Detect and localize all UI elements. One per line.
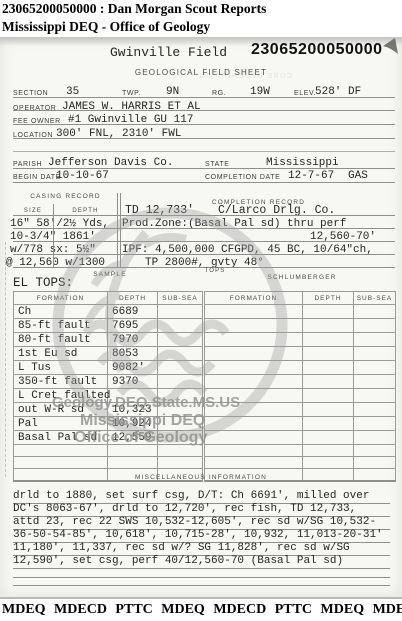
formation-cell: Pal <box>14 417 108 431</box>
rule-line <box>13 182 395 183</box>
tops-label: TOPS <box>190 268 240 274</box>
rg-label: RG. <box>212 90 226 97</box>
rule-line <box>13 577 390 578</box>
rule-line <box>13 110 395 111</box>
misc-line: drld to 1880, set surf csg, D/T: Ch 6691… <box>13 490 390 504</box>
formations-header-row: FORMATION DEPTH SUB-SEA FORMATION DEPTH … <box>14 292 396 305</box>
depth-cell: 7970 <box>108 333 158 347</box>
depth-cell: 10,924 <box>108 417 158 431</box>
misc-line: attd 23, rec 22 SWS 10,532-12,605', rec … <box>13 516 390 530</box>
depth-cell: 7695 <box>108 319 158 333</box>
formation-cell: L Tus <box>14 361 108 375</box>
col-subsea: SUB-SEA <box>158 292 204 305</box>
size-depth-divider <box>53 204 54 267</box>
sheet-title: GEOLOGICAL FIELD SHEET <box>0 68 402 77</box>
twp-label: TWP. <box>122 90 141 97</box>
rule-line <box>13 138 395 139</box>
depth-cell: 6689 <box>108 305 158 319</box>
casing-size-col: SIZE <box>13 208 53 214</box>
field-name: Gwinville Field <box>110 45 227 60</box>
formation-cell: Ch <box>14 305 108 319</box>
rule-line <box>13 97 395 98</box>
formation-cell: 350-ft fault <box>14 375 108 389</box>
casing-record-title: CASING RECORD <box>13 193 118 200</box>
formation-cell: L Cret faulted <box>14 389 108 403</box>
formation-cell: 85-ft fault <box>14 319 108 333</box>
rule-line <box>13 228 395 229</box>
table-row: Basal Pal sd12,559 <box>14 431 396 445</box>
formation-cell: 80-ft fault <box>14 333 108 347</box>
depth-cell <box>108 389 158 403</box>
formations-table: FORMATION DEPTH SUB-SEA FORMATION DEPTH … <box>13 291 396 482</box>
formation-cell: out W-R sd <box>14 403 108 417</box>
depth-cell: 8053 <box>108 347 158 361</box>
table-row-empty <box>14 457 396 469</box>
panel-divider <box>117 193 118 267</box>
elev-label: ELEV. <box>294 90 316 97</box>
rule-line <box>13 254 395 255</box>
misc-line: 11,180', 11,337, rec sd w/? SG 11,828', … <box>13 542 390 556</box>
table-row: L Cret faulted <box>14 389 396 403</box>
state-label: STATE <box>205 161 230 168</box>
table-row: 85-ft fault7695 <box>14 319 396 333</box>
rule-line <box>13 585 390 586</box>
misc-line: 12,590', set csg, perf 40/12,560-70 (Bas… <box>13 555 390 569</box>
depth-cell: 10,323 <box>108 403 158 417</box>
misc-title: MISCELLANEOUS INFORMATION <box>0 474 402 481</box>
panel-divider <box>120 193 121 267</box>
page-header-title: 23065200050000 : Dan Morgan Scout Report… <box>2 0 402 18</box>
scanned-field-sheet: CORE DESCRIPTION Gwinville Field 2306520… <box>0 37 402 599</box>
well-type-value: GAS <box>348 170 368 182</box>
table-row: 1st Eu sd8053 <box>14 347 396 361</box>
table-row: 350-ft fault9370 <box>14 375 396 389</box>
depth-cell: 9082' <box>108 361 158 375</box>
rule-line <box>13 151 395 152</box>
casing-depth-col: DEPTH <box>53 208 118 214</box>
el-tops-label: EL TOPS: <box>13 276 73 290</box>
schlumberger-label: SCHLUMBERGER <box>252 274 352 281</box>
col-depth-2: DEPTH <box>303 292 354 305</box>
col-subsea-2: SUB-SEA <box>354 292 396 305</box>
table-row: out W-R sd10,323 <box>14 403 396 417</box>
formation-cell: 1st Eu sd <box>14 347 108 361</box>
table-row: Ch6689 <box>14 305 396 319</box>
misc-line: DC's 8063-67', drld to 12,720', rec fish… <box>13 503 390 517</box>
page-footer: MDEQ MDECD PTTC MDEQ MDECD PTTC MDEQ MDE… <box>2 602 400 618</box>
col-depth: DEPTH <box>108 292 158 305</box>
table-row: 80-ft fault7970 <box>14 333 396 347</box>
left-margin-line <box>5 242 6 477</box>
table-row: L Tus9082' <box>14 361 396 375</box>
parish-label: PARISH <box>13 161 42 168</box>
page-header-subtitle: Mississippi DEQ - Office of Geology <box>2 18 402 36</box>
rule-line <box>13 241 395 242</box>
sample-label: SAMPLE <box>75 271 145 278</box>
section-label: SECTION <box>13 90 48 97</box>
begin-date-label: BEGIN DATE <box>13 174 61 181</box>
completion-date-label: COMPLETION DATE <box>205 174 280 181</box>
misc-line: 36-50-54-85', 10,618', 10,715-28', 10,93… <box>13 529 390 543</box>
col-formation: FORMATION <box>14 292 108 305</box>
rule-line <box>13 168 395 169</box>
formation-cell: Basal Pal sd <box>14 431 108 445</box>
col-formation-2: FORMATION <box>204 292 303 305</box>
table-row: Pal10,924 <box>14 417 396 431</box>
table-row-empty <box>14 445 396 457</box>
depth-cell: 9370 <box>108 375 158 389</box>
operator-value: JAMES W. HARRIS ET AL <box>62 101 201 113</box>
rule-line <box>13 215 395 216</box>
page-header: 23065200050000 : Dan Morgan Scout Report… <box>2 0 402 36</box>
completion-date-value: 12-7-67 <box>288 170 334 182</box>
rule-line <box>13 124 395 125</box>
api-number: 23065200050000 <box>251 41 383 59</box>
begin-date-value: 10-10-67 <box>56 170 109 182</box>
depth-cell: 12,559 <box>108 431 158 445</box>
